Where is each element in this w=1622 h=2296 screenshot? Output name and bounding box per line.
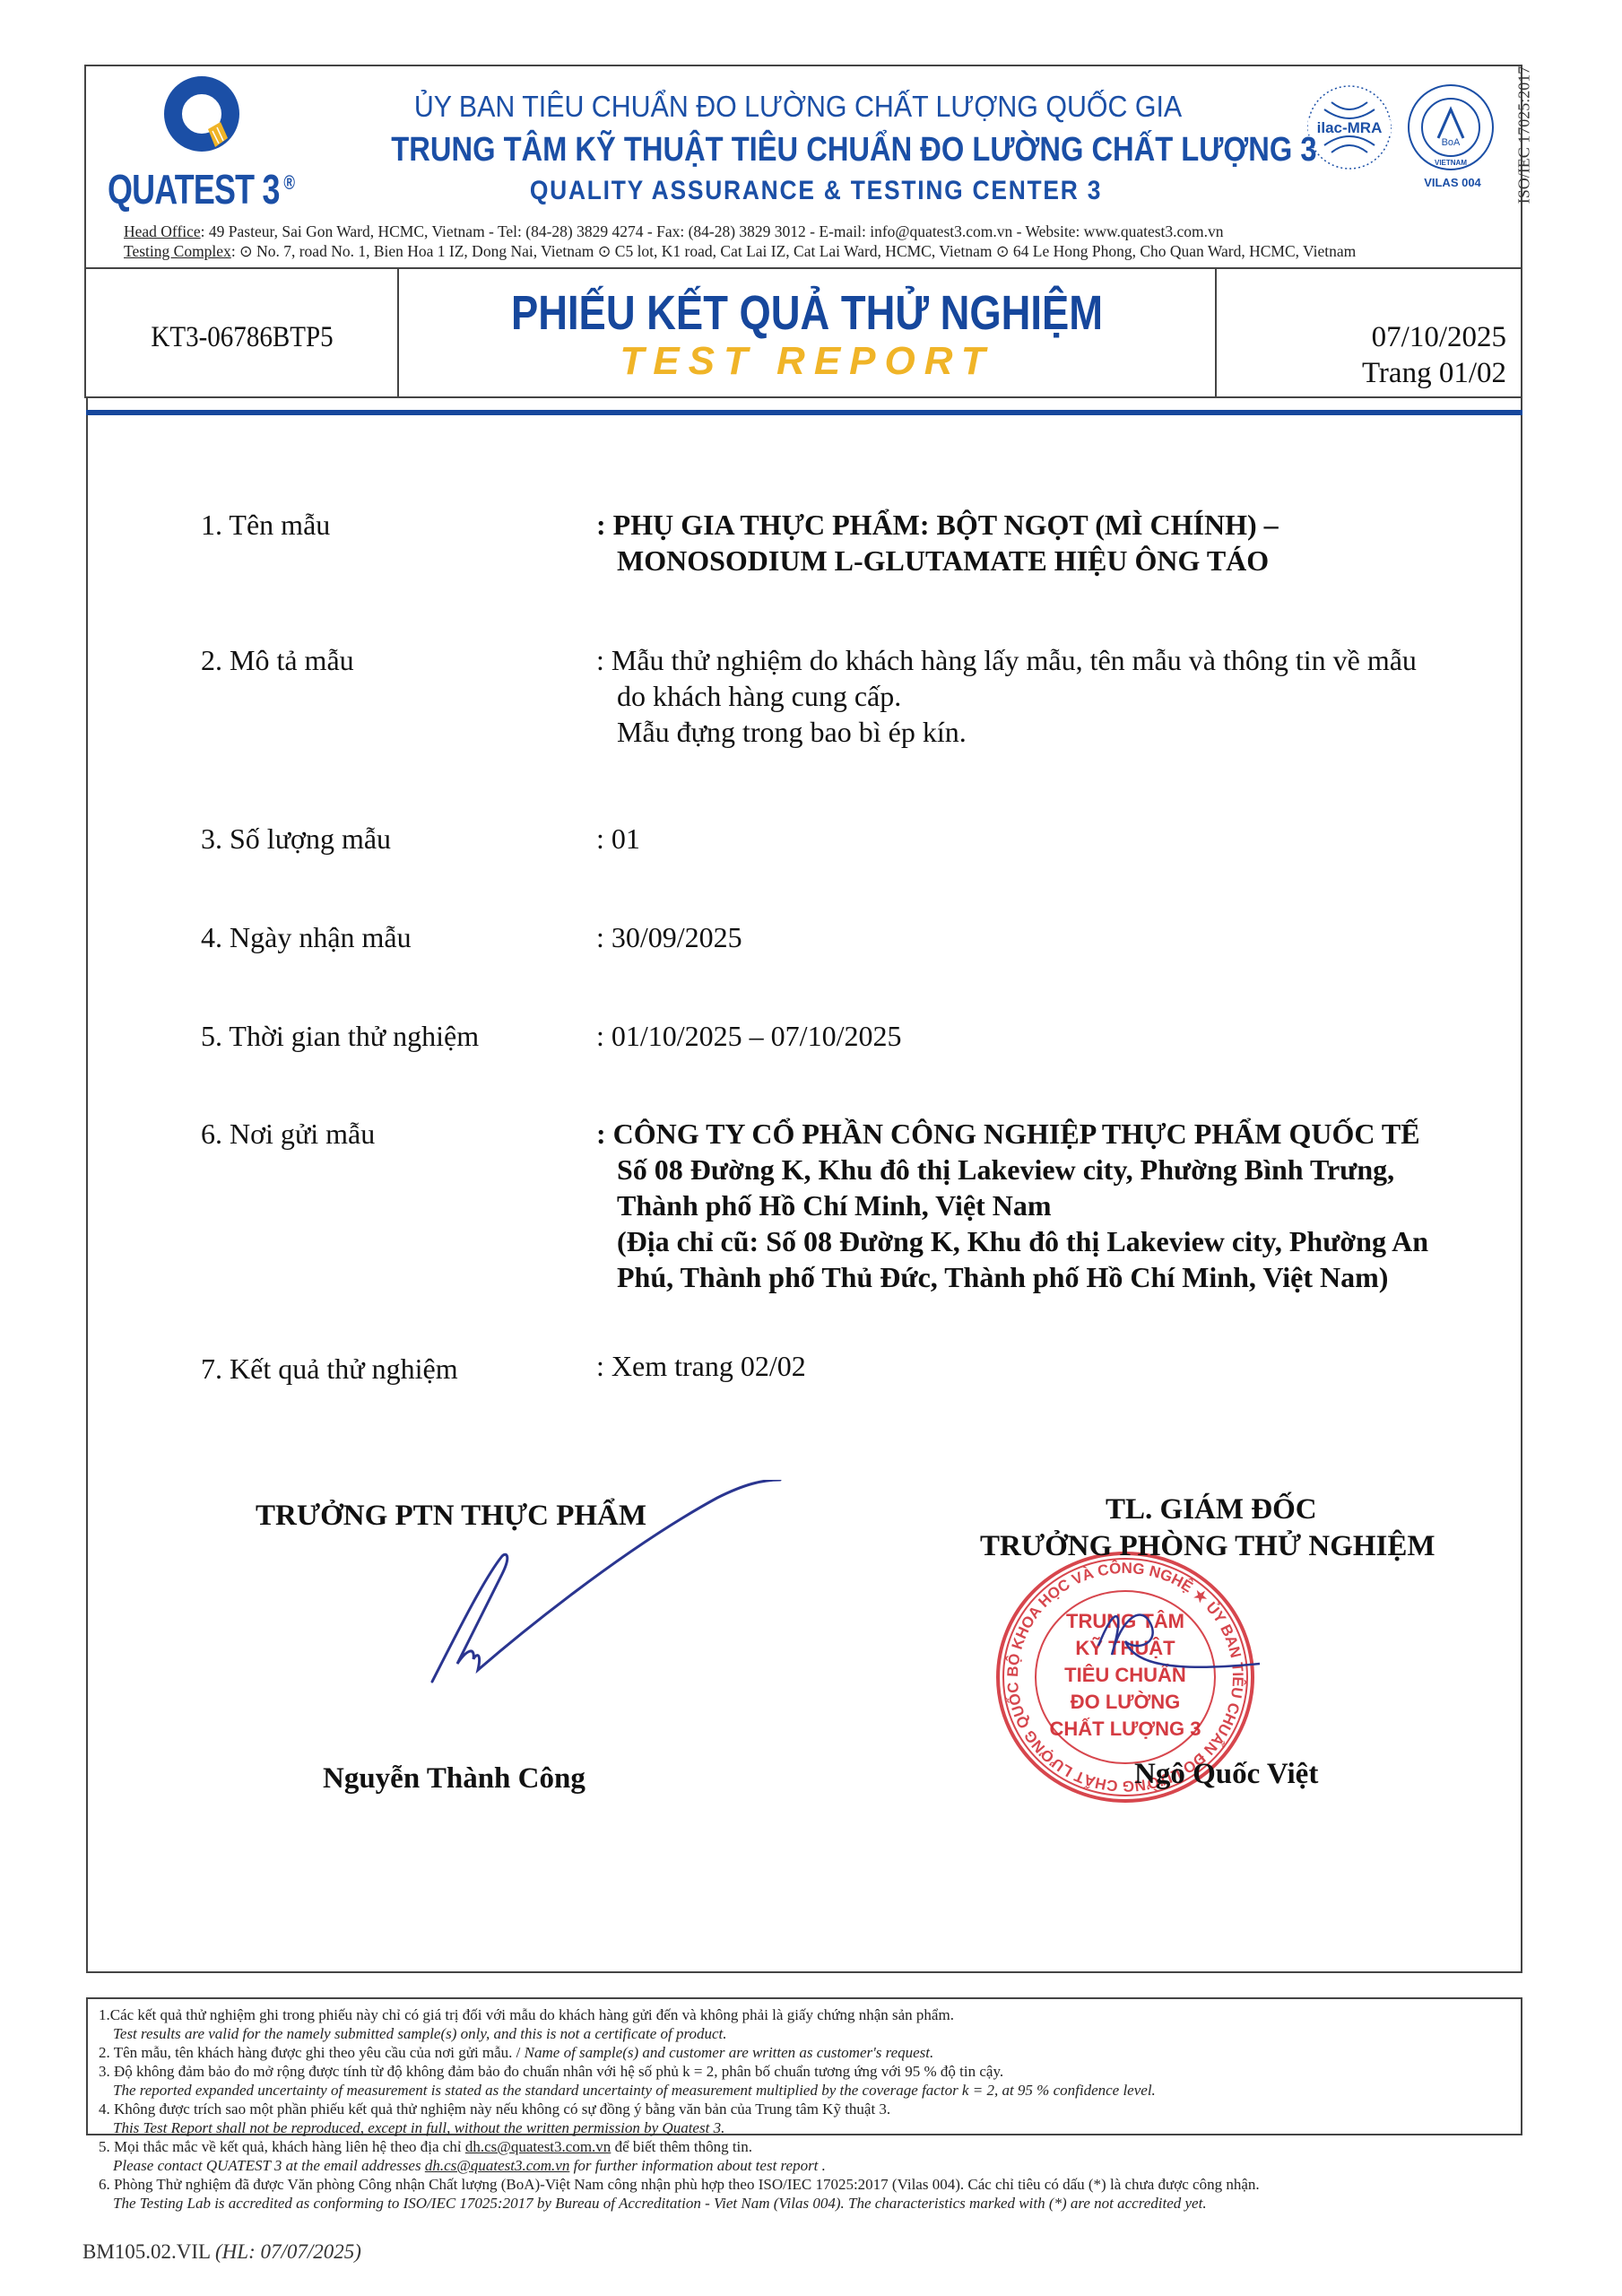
item-value-test-result: : Xem trang 02/02	[596, 1348, 806, 1384]
svg-text:ĐO LƯỜNG: ĐO LƯỜNG	[1071, 1691, 1181, 1713]
svg-text:VIETNAM: VIETNAM	[1435, 159, 1467, 167]
note-5-en: Please contact QUATEST 3 at the email ad…	[113, 2156, 826, 2175]
contact-email-link[interactable]: dh.cs@quatest3.com.vn	[425, 2157, 570, 2174]
svg-text:BoA: BoA	[1442, 137, 1461, 148]
item-label-sender: 6. Nơi gửi mẫu	[201, 1118, 375, 1151]
note-3-en: The reported expanded uncertainty of mea…	[113, 2081, 1156, 2100]
note-3-vn: 3. Độ không đảm bảo đo mở rộng được tính…	[99, 2062, 1003, 2081]
report-number: KT3-06786BTP5	[108, 321, 376, 354]
svg-text:TRUNG TÂM: TRUNG TÂM	[1066, 1610, 1184, 1632]
svg-text:KỸ THUẬT: KỸ THUẬT	[1075, 1637, 1175, 1659]
item-label-sample-quantity: 3. Số lượng mẫu	[201, 822, 391, 856]
head-office-contact: Head Office: 49 Pasteur, Sai Gon Ward, H…	[124, 222, 1224, 241]
signer-right-title-1: TL. GIÁM ĐỐC	[1106, 1493, 1317, 1526]
signer-right-title-2: TRƯỞNG PHÒNG THỬ NGHIỆM	[980, 1530, 1436, 1563]
contact-email-link[interactable]: dh.cs@quatest3.com.vn	[465, 2138, 612, 2155]
item-value-received-date: : 30/09/2025	[596, 919, 742, 955]
item-label-sample-name: 1. Tên mẫu	[201, 509, 330, 542]
title-divider-rule	[86, 410, 1522, 415]
note-6-en: The Testing Lab is accredited as conform…	[113, 2194, 1207, 2213]
svg-text:ilac-MRA: ilac-MRA	[1317, 119, 1383, 136]
boa-accreditation-badge-icon: BoA VIETNAM	[1406, 83, 1496, 172]
title-row-divider	[1215, 269, 1217, 398]
header-center-name-en: QUALITY ASSURANCE & TESTING CENTER 3	[508, 176, 1123, 206]
header-org-line: ỦY BAN TIÊU CHUẨN ĐO LƯỜNG CHẤT LƯỢNG QU…	[377, 90, 1219, 124]
note-5-vn: 5. Mọi thắc mắc về kết quả, khách hàng l…	[99, 2137, 752, 2156]
note-4-vn: 4. Không được trích sao một phần phiếu k…	[99, 2100, 890, 2118]
svg-text:TIÊU CHUẨN: TIÊU CHUẨN	[1064, 1664, 1186, 1686]
note-2: 2. Tên mẫu, tên khách hàng được ghi theo…	[99, 2043, 933, 2062]
note-4-en: This Test Report shall not be reproduced…	[113, 2118, 724, 2137]
vilas-code: VILAS 004	[1412, 176, 1493, 189]
item-value-sample-name: : PHỤ GIA THỰC PHẨM: BỘT NGỌT (MÌ CHÍNH)…	[596, 507, 1279, 578]
note-1-en: Test results are valid for the namely su…	[113, 2024, 727, 2043]
svg-text:CHẤT LƯỢNG 3: CHẤT LƯỢNG 3	[1049, 1718, 1201, 1740]
testing-complex-contact: Testing Complex: ⊙ No. 7, road No. 1, Bi…	[124, 242, 1356, 261]
note-1-vn: 1.Các kết quả thử nghiệm ghi trong phiếu…	[99, 2005, 954, 2024]
form-code: BM105.02.VIL (HL: 07/07/2025)	[82, 2240, 361, 2264]
note-6-vn: 6. Phòng Thử nghiệm đã được Văn phòng Cô…	[99, 2175, 1260, 2194]
item-label-test-period: 5. Thời gian thử nghiệm	[201, 1020, 479, 1053]
report-title-en: TEST REPORT	[399, 339, 1215, 384]
header-center-name: TRUNG TÂM KỸ THUẬT TIÊU CHUẨN ĐO LƯỜNG C…	[391, 131, 1231, 170]
report-date: 07/10/2025	[1219, 321, 1506, 354]
item-label-test-result: 7. Kết quả thử nghiệm	[201, 1352, 458, 1386]
item-value-sample-quantity: : 01	[596, 821, 640, 857]
signer-right-name: Ngô Quốc Việt	[1134, 1758, 1318, 1791]
item-value-sender: : CÔNG TY CỔ PHẦN CÔNG NGHIỆP THỰC PHẨM …	[596, 1116, 1428, 1295]
logo-wordmark: QUATEST 3®	[108, 165, 294, 213]
item-label-sample-description: 2. Mô tả mẫu	[201, 644, 354, 677]
item-value-test-period: : 01/10/2025 – 07/10/2025	[596, 1018, 901, 1054]
signer-left-name: Nguyễn Thành Công	[323, 1762, 585, 1796]
item-label-received-date: 4. Ngày nhận mẫu	[201, 921, 412, 954]
iso-standard-label: ISO/IEC 17025:2017	[1515, 59, 1534, 212]
page-indicator: Trang 01/02	[1219, 357, 1506, 390]
signer-left-title: TRƯỞNG PTN THỰC PHẨM	[256, 1500, 646, 1533]
report-title-vn: PHIẾU KẾT QUẢ THỬ NGHIỆM	[464, 285, 1149, 341]
item-value-sample-description: : Mẫu thử nghiệm do khách hàng lấy mẫu, …	[596, 642, 1417, 750]
quatest-logo-icon	[161, 75, 242, 156]
ilac-mra-badge-icon: ilac-MRA	[1305, 83, 1394, 172]
